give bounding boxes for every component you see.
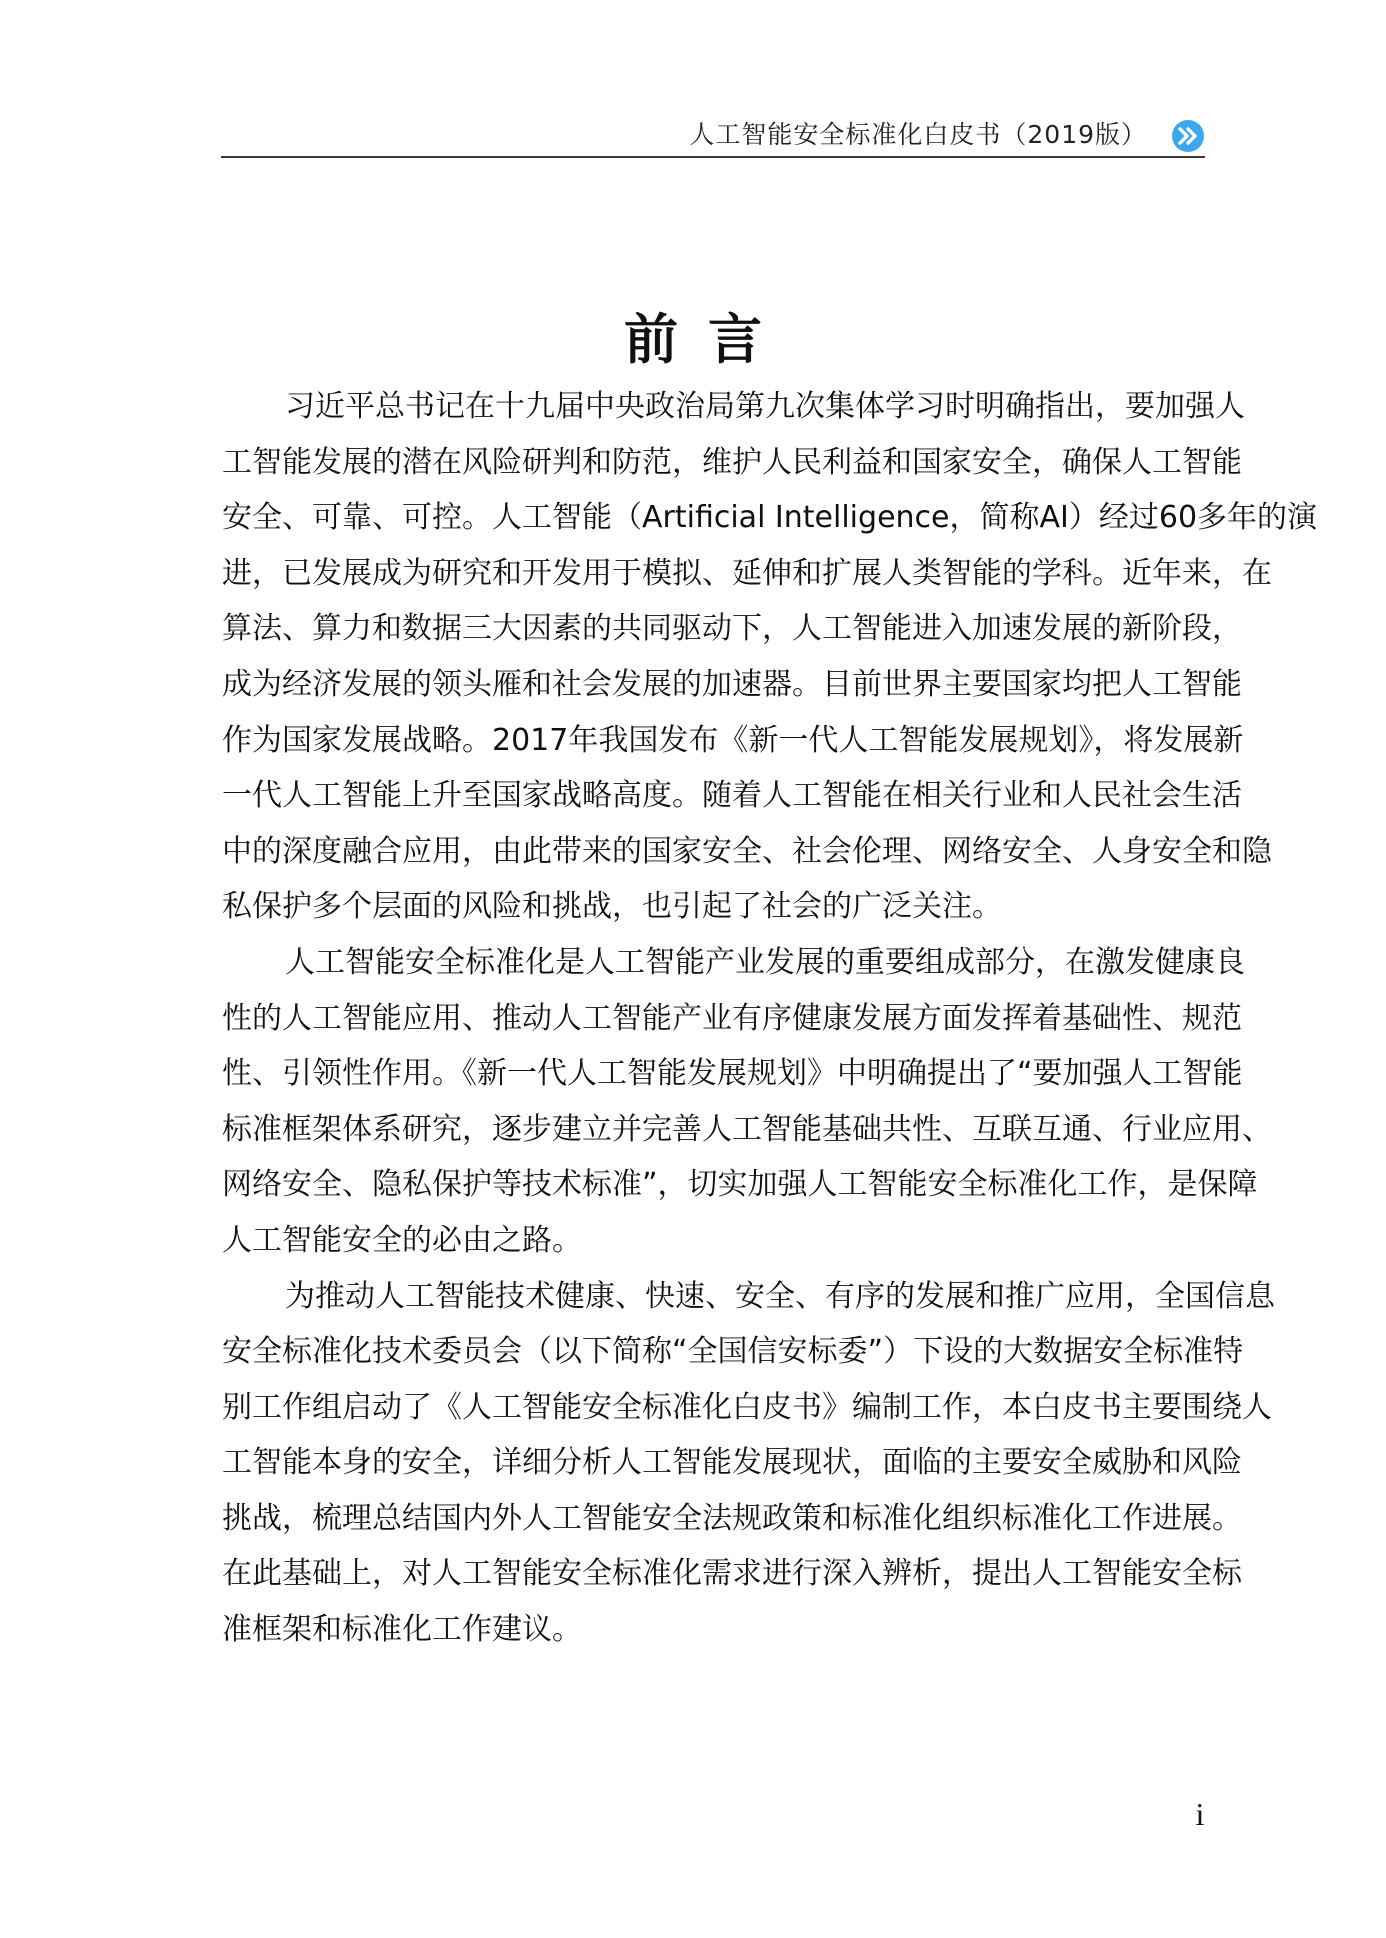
text-line: 标准框架体系研究，逐步建立并完善人工智能基础共性、互联互通、行业应用、 bbox=[222, 1102, 1202, 1158]
text-line: 别工作组启动了《人工智能安全标准化白皮书》编制工作，本白皮书主要围绕人 bbox=[222, 1380, 1202, 1436]
text-line: 工智能本身的安全，详细分析人工智能发展现状，面临的主要安全威胁和风险 bbox=[222, 1435, 1202, 1491]
text-line: 人工智能安全标准化是人工智能产业发展的重要组成部分，在激发健康良 bbox=[222, 935, 1202, 991]
text-line: 网络安全、隐私保护等技术标准”，切实加强人工智能安全标准化工作，是保障 bbox=[222, 1157, 1202, 1213]
text-line: 挑战，梳理总结国内外人工智能安全法规政策和标准化组织标准化工作进展。 bbox=[222, 1491, 1202, 1547]
text-line: 性的人工智能应用、推动人工智能产业有序健康发展方面发挥着基础性、规范 bbox=[222, 991, 1202, 1047]
text-line: 成为经济发展的领头雁和社会发展的加速器。目前世界主要国家均把人工智能 bbox=[222, 657, 1202, 713]
text-line: 在此基础上，对人工智能安全标准化需求进行深入辨析，提出人工智能安全标 bbox=[222, 1546, 1202, 1602]
text-line: 算法、算力和数据三大因素的共同驱动下，人工智能进入加速发展的新阶段， bbox=[222, 601, 1202, 657]
preface-body: 习近平总书记在十九届中央政治局第九次集体学习时明确指出，要加强人 工智能发展的潜… bbox=[222, 379, 1202, 1658]
double-chevron-right-icon bbox=[1172, 120, 1204, 152]
text-line: 准框架和标准化工作建议。 bbox=[222, 1602, 1202, 1658]
text-line: 性、引领性作用。《新一代人工智能发展规划》中明确提出了“要加强人工智能 bbox=[222, 1046, 1202, 1102]
page-title: 前言 bbox=[0, 304, 1386, 374]
text-line: 安全、可靠、可控。人工智能（Artificial Intelligence，简称… bbox=[222, 490, 1202, 546]
paragraph-2: 人工智能安全标准化是人工智能产业发展的重要组成部分，在激发健康良 性的人工智能应… bbox=[222, 935, 1202, 1269]
paragraph-3: 为推动人工智能技术健康、快速、安全、有序的发展和推广应用，全国信息 安全标准化技… bbox=[222, 1269, 1202, 1658]
paragraph-1: 习近平总书记在十九届中央政治局第九次集体学习时明确指出，要加强人 工智能发展的潜… bbox=[222, 379, 1202, 935]
running-header-title: 人工智能安全标准化白皮书（2019版） bbox=[689, 118, 1147, 152]
text-line: 私保护多个层面的风险和挑战，也引起了社会的广泛关注。 bbox=[222, 879, 1202, 935]
text-line: 工智能发展的潜在风险研判和防范，维护人民利益和国家安全，确保人工智能 bbox=[222, 435, 1202, 491]
text-line: 习近平总书记在十九届中央政治局第九次集体学习时明确指出，要加强人 bbox=[222, 379, 1202, 435]
text-line: 一代人工智能上升至国家战略高度。随着人工智能在相关行业和人民社会生活 bbox=[222, 768, 1202, 824]
text-line: 人工智能安全的必由之路。 bbox=[222, 1213, 1202, 1269]
text-line: 中的深度融合应用，由此带来的国家安全、社会伦理、网络安全、人身安全和隐 bbox=[222, 824, 1202, 880]
header-divider bbox=[221, 156, 1205, 158]
text-line: 作为国家发展战略。2017年我国发布《新一代人工智能发展规划》，将发展新 bbox=[222, 713, 1202, 769]
page-number: i bbox=[1186, 1796, 1214, 1832]
text-line: 为推动人工智能技术健康、快速、安全、有序的发展和推广应用，全国信息 bbox=[222, 1269, 1202, 1325]
text-line: 进，已发展成为研究和开发用于模拟、延伸和扩展人类智能的学科。近年来，在 bbox=[222, 546, 1202, 602]
running-header: 人工智能安全标准化白皮书（2019版） bbox=[221, 112, 1205, 158]
text-line: 安全标准化技术委员会（以下简称“全国信安标委”）下设的大数据安全标准特 bbox=[222, 1324, 1202, 1380]
